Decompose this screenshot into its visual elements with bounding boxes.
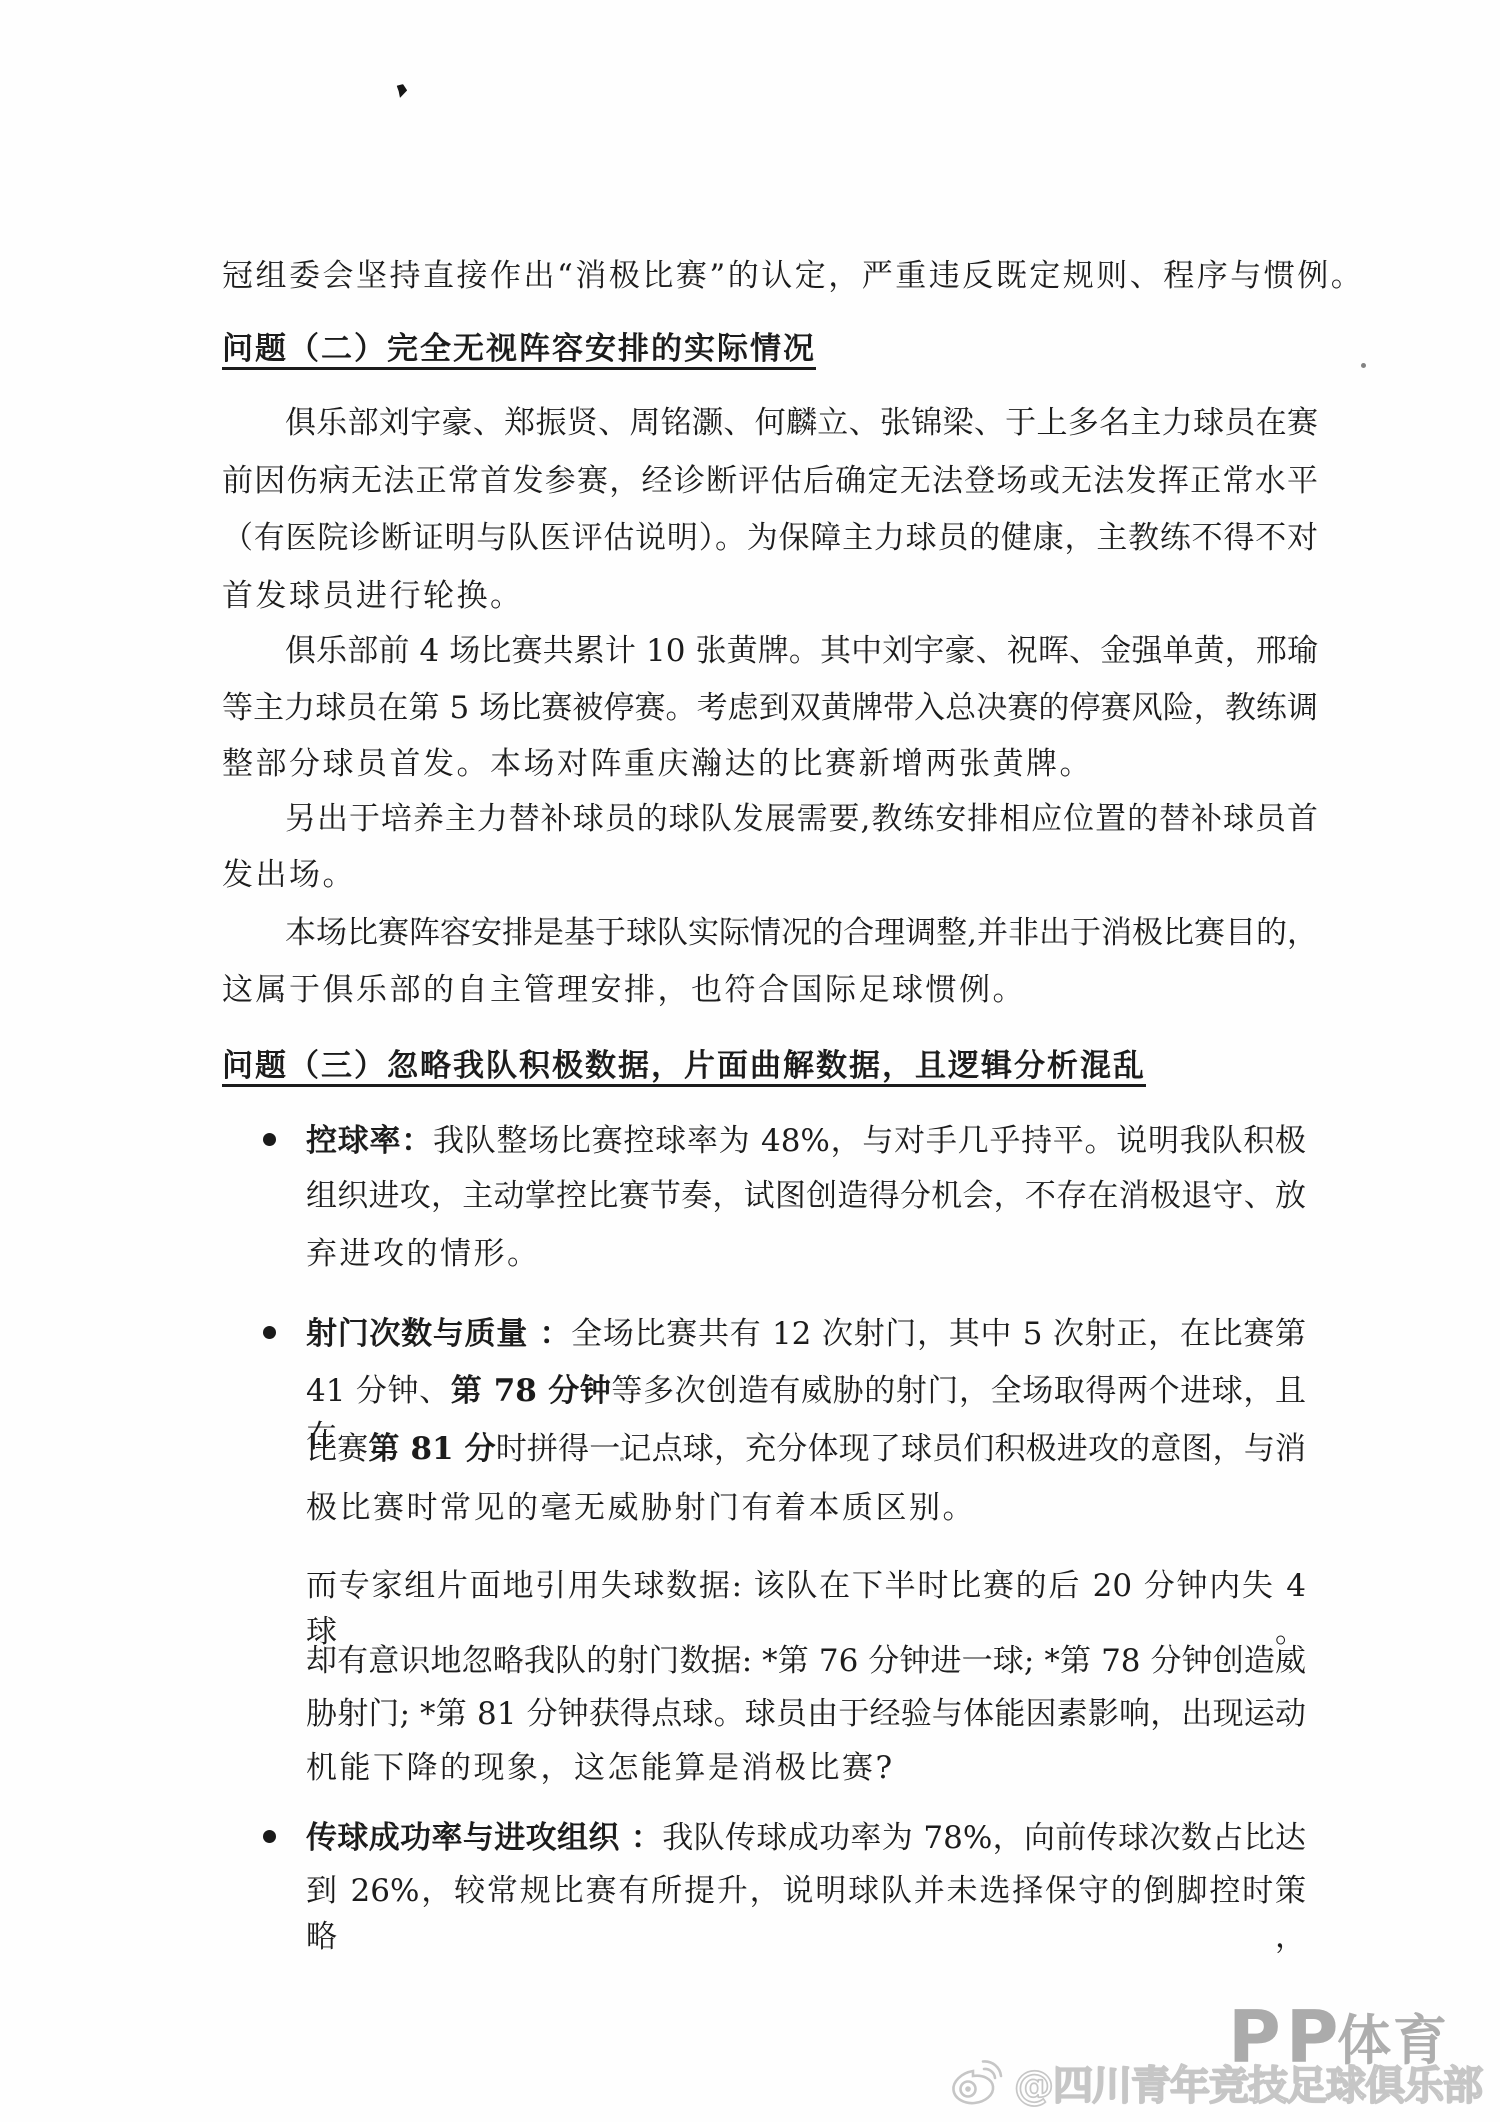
bullet-passing-label: 传球成功率与进攻组织 ： (306, 1820, 662, 1856)
emphasized-minute: 第 81 分 (368, 1431, 495, 1467)
doc-line: 却有意识地忽略我队的射门数据: *第 76 分钟进一球; *第 78 分钟创造威 (306, 1638, 1306, 1684)
doc-line: 前因伤病无法正常首发参赛，经诊断评估后确定无法登场或无法发挥正常水平 (222, 458, 1318, 504)
doc-line: 比赛第 81 分时拼得一记点球，充分体现了球员们积极进攻的意图，与消 (306, 1426, 1306, 1472)
intro-line: 冠组委会坚持直接作出“消极比赛”的认定，严重违反既定规则、程序与惯例。 (222, 253, 1318, 299)
bullet-marker (263, 1830, 276, 1843)
ink-speck (395, 83, 408, 98)
doc-line: 极比赛时常见的毫无威胁射门有着本质区别。 (306, 1485, 1306, 1531)
section-2-heading: 问题（二）完全无视阵容安排的实际情况 (222, 326, 816, 372)
emphasized-minute: 第 78 分钟 (451, 1373, 612, 1409)
weibo-handle: @四川青年竞技足球俱乐部 (1014, 2054, 1482, 2111)
bullet-passing-line: 传球成功率与进攻组织 ：我队传球成功率为 78%，向前传球次数占比达 (306, 1815, 1306, 1861)
doc-line: 机能下降的现象，这怎能算是消极比赛? (306, 1745, 1306, 1791)
bullet-marker (263, 1133, 276, 1146)
scanned-document-page: 冠组委会坚持直接作出“消极比赛”的认定，严重违反既定规则、程序与惯例。 问题（二… (0, 0, 1500, 2122)
doc-line: 俱乐部刘宇豪、郑振贤、周铭灏、何麟立、张锦梁、于上多名主力球员在赛 (285, 400, 1318, 446)
bullet-possession-text: 我队整场比赛控球率为 48%，与对手几乎持平。说明我队积极 (433, 1123, 1306, 1159)
bullet-shots-text: 全场比赛共有 12 次射门，其中 5 次射正，在比赛第 (571, 1316, 1306, 1352)
doc-line: 本场比赛阵容安排是基于球队实际情况的合理调整,并非出于消极比赛目的， (285, 910, 1318, 956)
section-3-heading: 问题（三）忽略我队积极数据，片面曲解数据，且逻辑分析混乱 (222, 1043, 1146, 1089)
doc-text: 41 分钟、 (306, 1373, 451, 1409)
weibo-watermark: @四川青年竞技足球俱乐部 (950, 2054, 1482, 2111)
doc-line: （有医院诊断证明与队医评估说明）。为保障主力球员的健康，主教练不得不对 (222, 515, 1318, 561)
doc-line: 另出于培养主力替补球员的球队发展需要,教练安排相应位置的替补球员首 (285, 796, 1318, 842)
bullet-passing-text: 我队传球成功率为 78%，向前传球次数占比达 (662, 1820, 1306, 1856)
doc-line: 整部分球员首发。本场对阵重庆瀚达的比赛新增两张黄牌。 (222, 741, 1318, 787)
bullet-shots-line: 射门次数与质量 ：全场比赛共有 12 次射门，其中 5 次射正，在比赛第 (306, 1311, 1306, 1357)
doc-text: 时拼得一记点球，充分体现了球员们积极进攻的意图，与消 (496, 1431, 1306, 1467)
scan-dot (1361, 363, 1366, 368)
doc-line: 到 26%，较常规比赛有所提升，说明球队并未选择保守的倒脚控时策略， (306, 1868, 1306, 1914)
doc-line: 组织进攻，主动掌控比赛节奏，试图创造得分机会，不存在消极退守、放 (306, 1173, 1306, 1219)
doc-line: 胁射门; *第 81 分钟获得点球。球员由于经验与体能因素影响，出现运动 (306, 1691, 1306, 1737)
bullet-marker (263, 1326, 276, 1339)
bullet-shots-label: 射门次数与质量 ： (306, 1316, 571, 1352)
doc-line: 41 分钟、第 78 分钟等多次创造有威胁的射门，全场取得两个进球，且在 (306, 1368, 1306, 1414)
doc-line: 弃进攻的情形。 (306, 1231, 1306, 1277)
doc-line: 这属于俱乐部的自主管理安排，也符合国际足球惯例。 (222, 967, 1318, 1013)
doc-line: 而专家组片面地引用失球数据: 该队在下半时比赛的后 20 分钟内失 4 球。 (306, 1563, 1306, 1609)
doc-line: 首发球员进行轮换。 (222, 573, 1318, 619)
doc-text: 比赛 (306, 1431, 368, 1467)
bullet-possession-label: 控球率： (306, 1123, 433, 1159)
weibo-icon (950, 2058, 1004, 2108)
doc-line: 等主力球员在第 5 场比赛被停赛。考虑到双黄牌带入总决赛的停赛风险，教练调 (222, 685, 1318, 731)
doc-line: 发出场。 (222, 852, 1318, 898)
doc-line: 俱乐部前 4 场比赛共累计 10 张黄牌。其中刘宇豪、祝晖、金强单黄，邢瑜 (285, 628, 1318, 674)
bullet-possession-line: 控球率：我队整场比赛控球率为 48%，与对手几乎持平。说明我队积极 (306, 1118, 1306, 1164)
